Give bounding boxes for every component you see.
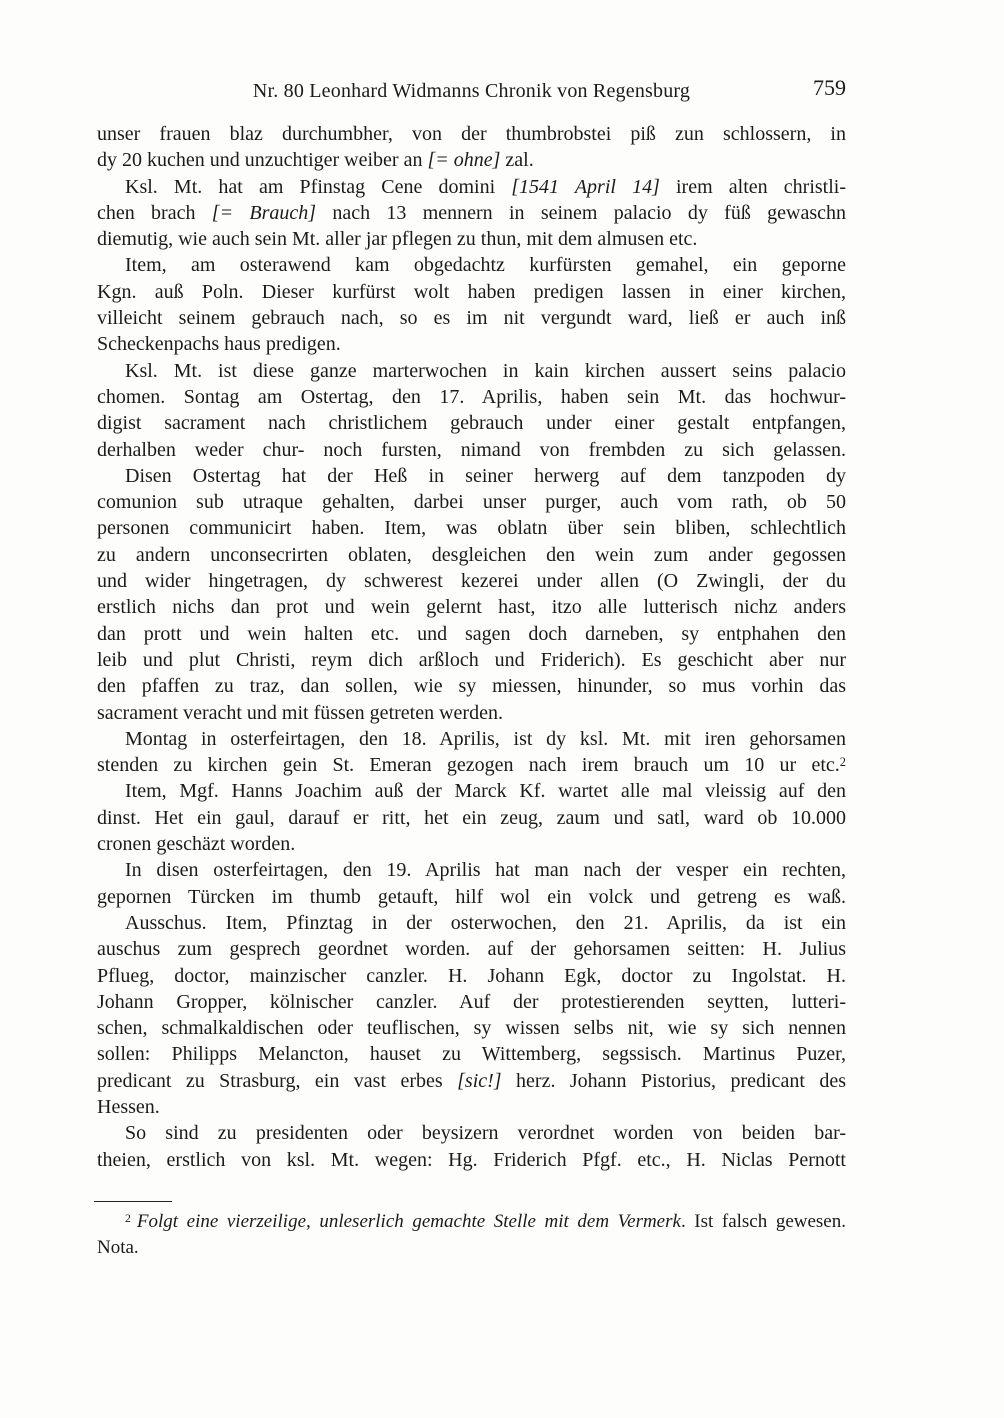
text-line: diemutig, wie auch sein Mt. aller jar pf… bbox=[97, 226, 846, 252]
footnote-rule bbox=[94, 1201, 172, 1202]
body-text-segment: Hessen. bbox=[97, 1096, 160, 1118]
text-line: Montag in osterfeirtagen, den 18. Aprili… bbox=[97, 726, 846, 752]
text-line: dan prott und wein halten etc. und sagen… bbox=[97, 621, 846, 647]
body-text-segment: den pfaffen zu traz, dan sollen, wie sy … bbox=[97, 675, 846, 697]
editorial-note-text: [= ohne] bbox=[427, 149, 500, 171]
text-line: Ausschus. Item, Pfinztag in der osterwoc… bbox=[97, 910, 846, 936]
editorial-note-text: [= Brauch] bbox=[212, 202, 316, 224]
text-line: So sind zu presidenten oder beysizern ve… bbox=[97, 1120, 846, 1146]
text-line: Johann Gropper, kölnischer canzler. Auf … bbox=[97, 989, 846, 1015]
text-line: und wider hingetragen, dy schwerest keze… bbox=[97, 568, 846, 594]
footnote-marker: 2 bbox=[840, 755, 846, 769]
body-text-segment: Ausschus. Item, Pfinztag in der osterwoc… bbox=[125, 912, 846, 934]
text-line: Pflueg, doctor, mainzischer canzler. H. … bbox=[97, 963, 846, 989]
text-line: dinst. Het ein gaul, darauf er ritt, het… bbox=[97, 805, 846, 831]
text-line: leib und plut Christi, reym dich arßloch… bbox=[97, 647, 846, 673]
body-text-segment: auschus zum gesprech geordnet worden. au… bbox=[97, 938, 846, 960]
body-text-segment: Item, am osterawend kam obgedachtz kurfü… bbox=[125, 254, 846, 276]
text-line: auschus zum gesprech geordnet worden. au… bbox=[97, 936, 846, 962]
body-text-segment: dan prott und wein halten etc. und sagen… bbox=[97, 623, 846, 645]
chapter-title: Nr. 80 Leonhard Widmanns Chronik von Reg… bbox=[97, 78, 846, 104]
page-number: 759 bbox=[813, 75, 846, 101]
body-text-segment: . Ist falsch gewesen. bbox=[681, 1211, 846, 1232]
paragraph: So sind zu presidenten oder beysizern ve… bbox=[97, 1120, 846, 1173]
body-text-segment: irem alten christli- bbox=[660, 176, 846, 198]
body-text-segment: und wider hingetragen, dy schwerest keze… bbox=[97, 570, 846, 592]
body-text-segment: personen communicirt haben. Item, was ob… bbox=[97, 517, 846, 539]
body-text-segment: In disen osterfeirtagen, den 19. Aprilis… bbox=[125, 859, 846, 881]
body-text-segment: erstlich nichs dan prot und wein gelernt… bbox=[97, 596, 846, 618]
text-line: chen brach [= Brauch] nach 13 mennern in… bbox=[97, 200, 846, 226]
paragraph: unser frauen blaz durchumbher, von der t… bbox=[97, 121, 846, 174]
body-text-segment: herz. Johann Pistorius, predicant des bbox=[502, 1070, 846, 1092]
text-line: digist sacrament nach christlichem gebra… bbox=[97, 410, 846, 436]
footnote: 2Folgt eine vierzeilige, unleserlich gem… bbox=[97, 1209, 846, 1262]
text-line: sollen: Philipps Melancton, hauset zu Wi… bbox=[97, 1041, 846, 1067]
text-line: comunion sub utraque gehalten, darbei un… bbox=[97, 489, 846, 515]
body-text-segment: dinst. Het ein gaul, darauf er ritt, het… bbox=[97, 807, 846, 829]
text-line: derhalben weder chur- noch fursten, nima… bbox=[97, 437, 846, 463]
body-text-segment: stenden zu kirchen gein St. Emeran gezog… bbox=[97, 754, 840, 776]
body-text-segment: gepornen Türcken im thumb getauft, hilf … bbox=[97, 886, 846, 908]
body-text-segment: schen, schmalkaldischen oder teuflischen… bbox=[97, 1017, 846, 1039]
paragraph: Item, am osterawend kam obgedachtz kurfü… bbox=[97, 252, 846, 357]
footnote-marker: 2 bbox=[125, 1212, 131, 1225]
body-text-segment: Disen Ostertag hat der Heß in seiner her… bbox=[125, 465, 846, 487]
body-text-segment: diemutig, wie auch sein Mt. aller jar pf… bbox=[97, 228, 697, 250]
body-text-segment: predicant zu Strasburg, ein vast erbes bbox=[97, 1070, 457, 1092]
text-line: zu andern unconsecrirten oblaten, desgle… bbox=[97, 542, 846, 568]
text-line: chomen. Sontag am Ostertag, den 17. Apri… bbox=[97, 384, 846, 410]
body-text-segment: Kgn. auß Poln. Dieser kurfürst wolt habe… bbox=[97, 281, 846, 303]
body-text-segment: leib und plut Christi, reym dich arßloch… bbox=[97, 649, 846, 671]
body-text-segment: zal. bbox=[500, 149, 533, 171]
text-line: Disen Ostertag hat der Heß in seiner her… bbox=[97, 463, 846, 489]
body-text-segment: Nota. bbox=[97, 1237, 139, 1258]
body-text-segment: sollen: Philipps Melancton, hauset zu Wi… bbox=[97, 1043, 846, 1065]
text-line: sacrament veracht und mit füssen getrete… bbox=[97, 700, 846, 726]
body-text-segment: zu andern unconsecrirten oblaten, desgle… bbox=[97, 544, 846, 566]
body-text-segment: nach 13 mennern in seinem palacio dy füß… bbox=[316, 202, 846, 224]
paragraph: Ksl. Mt. hat am Pfinstag Cene domini [15… bbox=[97, 174, 846, 253]
editorial-note-text: Folgt eine vierzeilige, unleserlich gema… bbox=[137, 1211, 681, 1232]
body-text-segment: cronen geschäzt worden. bbox=[97, 833, 295, 855]
text-line: Ksl. Mt. ist diese ganze marterwochen in… bbox=[97, 358, 846, 384]
text-line: theien, erstlich von ksl. Mt. wegen: Hg.… bbox=[97, 1147, 846, 1173]
body-text-segment: digist sacrament nach christlichem gebra… bbox=[97, 412, 846, 434]
body-text: unser frauen blaz durchumbher, von der t… bbox=[97, 121, 846, 1173]
running-header: Nr. 80 Leonhard Widmanns Chronik von Reg… bbox=[97, 78, 846, 104]
body-text-segment: Scheckenpachs haus predigen. bbox=[97, 333, 341, 355]
book-page: Nr. 80 Leonhard Widmanns Chronik von Reg… bbox=[0, 0, 1004, 1418]
body-text-segment: unser frauen blaz durchumbher, von der t… bbox=[97, 123, 846, 145]
body-text-segment: theien, erstlich von ksl. Mt. wegen: Hg.… bbox=[97, 1149, 846, 1171]
text-line: stenden zu kirchen gein St. Emeran gezog… bbox=[97, 752, 846, 778]
text-line: Item, Mgf. Hanns Joachim auß der Marck K… bbox=[97, 778, 846, 804]
paragraph: Montag in osterfeirtagen, den 18. Aprili… bbox=[97, 726, 846, 779]
text-line: schen, schmalkaldischen oder teuflischen… bbox=[97, 1015, 846, 1041]
editorial-note-text: [1541 April 14] bbox=[511, 176, 660, 198]
body-text-segment: sacrament veracht und mit füssen getrete… bbox=[97, 702, 503, 724]
text-line: 2Folgt eine vierzeilige, unleserlich gem… bbox=[97, 1209, 846, 1235]
paragraph: Disen Ostertag hat der Heß in seiner her… bbox=[97, 463, 846, 726]
body-text-segment: Ksl. Mt. hat am Pfinstag Cene domini bbox=[125, 176, 511, 198]
text-line: personen communicirt haben. Item, was ob… bbox=[97, 515, 846, 541]
body-text-segment: villeicht seinem gebrauch nach, so es im… bbox=[97, 307, 846, 329]
text-line: unser frauen blaz durchumbher, von der t… bbox=[97, 121, 846, 147]
text-line: Item, am osterawend kam obgedachtz kurfü… bbox=[97, 252, 846, 278]
body-text-segment: Johann Gropper, kölnischer canzler. Auf … bbox=[97, 991, 846, 1013]
text-line: predicant zu Strasburg, ein vast erbes [… bbox=[97, 1068, 846, 1094]
body-text-segment: comunion sub utraque gehalten, darbei un… bbox=[97, 491, 846, 513]
body-text-segment: Ksl. Mt. ist diese ganze marterwochen in… bbox=[125, 360, 846, 382]
body-text-segment: Montag in osterfeirtagen, den 18. Aprili… bbox=[125, 728, 846, 750]
body-text-segment: chen brach bbox=[97, 202, 212, 224]
text-line: Ksl. Mt. hat am Pfinstag Cene domini [15… bbox=[97, 174, 846, 200]
text-line: dy 20 kuchen und unzuchtiger weiber an [… bbox=[97, 147, 846, 173]
editorial-note-text: [sic!] bbox=[457, 1070, 501, 1092]
text-line: Scheckenpachs haus predigen. bbox=[97, 331, 846, 357]
paragraph: In disen osterfeirtagen, den 19. Aprilis… bbox=[97, 857, 846, 910]
text-line: In disen osterfeirtagen, den 19. Aprilis… bbox=[97, 857, 846, 883]
body-text-segment: Pflueg, doctor, mainzischer canzler. H. … bbox=[97, 965, 846, 987]
text-line: cronen geschäzt worden. bbox=[97, 831, 846, 857]
text-line: erstlich nichs dan prot und wein gelernt… bbox=[97, 594, 846, 620]
paragraph: Ksl. Mt. ist diese ganze marterwochen in… bbox=[97, 358, 846, 463]
body-text-segment: derhalben weder chur- noch fursten, nima… bbox=[97, 439, 846, 461]
paragraph: Ausschus. Item, Pfinztag in der osterwoc… bbox=[97, 910, 846, 1120]
text-line: villeicht seinem gebrauch nach, so es im… bbox=[97, 305, 846, 331]
body-text-segment: dy 20 kuchen und unzuchtiger weiber an bbox=[97, 149, 427, 171]
text-line: den pfaffen zu traz, dan sollen, wie sy … bbox=[97, 673, 846, 699]
text-line: Hessen. bbox=[97, 1094, 846, 1120]
text-line: Kgn. auß Poln. Dieser kurfürst wolt habe… bbox=[97, 279, 846, 305]
paragraph: Item, Mgf. Hanns Joachim auß der Marck K… bbox=[97, 778, 846, 857]
body-text-segment: Item, Mgf. Hanns Joachim auß der Marck K… bbox=[125, 780, 846, 802]
body-text-segment: chomen. Sontag am Ostertag, den 17. Apri… bbox=[97, 386, 846, 408]
text-line: Nota. bbox=[97, 1235, 846, 1261]
text-line: gepornen Türcken im thumb getauft, hilf … bbox=[97, 884, 846, 910]
body-text-segment: So sind zu presidenten oder beysizern ve… bbox=[125, 1122, 846, 1144]
